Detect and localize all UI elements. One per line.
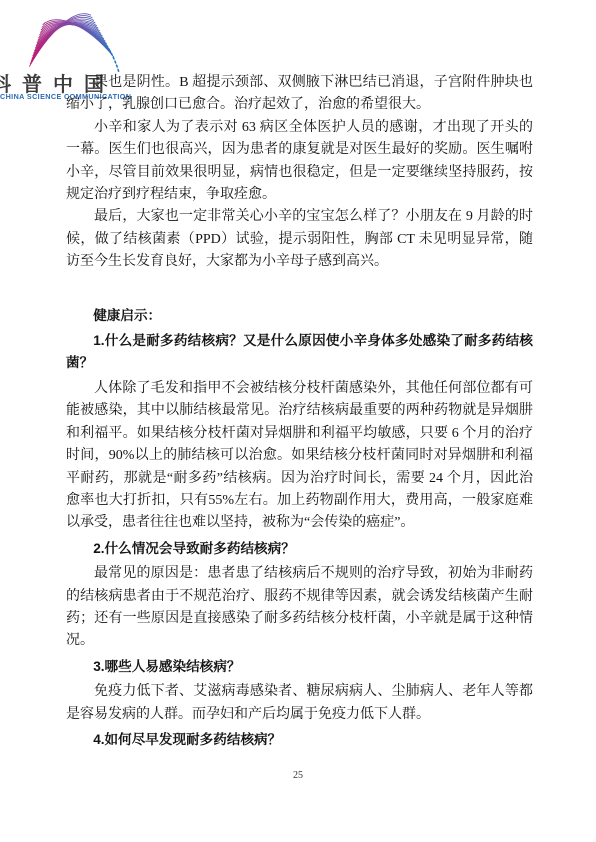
paragraph-answer-2: 最常见的原因是：患者患了结核病后不规则的治疗导致，初始为非耐药的结核病患者由于不… [66, 563, 533, 653]
paragraph-continuation: 果也是阴性。B 超提示颈部、双侧腋下淋巴结已消退，子宫附件肿块也缩小了，乳腺创口… [66, 72, 533, 117]
section-heading-q3: 3.哪些人易感染结核病？ [66, 656, 533, 678]
paragraph-baby: 最后，大家也一定非常关心小辛的宝宝怎么样了？小朋友在 9 月龄的时候，做了结核菌… [66, 206, 533, 273]
document-body: 果也是阴性。B 超提示颈部、双侧腋下淋巴结已消退，子宫附件肿块也缩小了，乳腺创口… [66, 72, 533, 754]
section-heading-q4: 4.如何尽早发现耐多药结核病？ [66, 729, 533, 751]
section-heading-q2: 2.什么情况会导致耐多药结核病？ [66, 538, 533, 560]
paragraph-answer-1: 人体除了毛发和指甲不会被结核分枝杆菌感染外，其他任何部位都有可能被感染，其中以肺… [66, 378, 533, 535]
section-heading-q1: 1.什么是耐多药结核病？又是什么原因使小辛身体多处感染了耐多药结核菌？ [66, 330, 533, 375]
document-page: 科普中国 CHINA SCIENCE COMMUNICATION 果也是阴性。B… [0, 0, 596, 842]
wave-logo-icon [26, 2, 122, 78]
section-heading-health-tips: 健康启示： [66, 305, 533, 327]
paragraph-answer-3: 免疫力低下者、艾滋病毒感染者、糖尿病病人、尘肺病人、老年人等都是容易发病的人群。… [66, 681, 533, 726]
paragraph-gratitude: 小辛和家人为了表示对 63 病区全体医护人员的感谢，才出现了开头的一幕。医生们也… [66, 117, 533, 207]
page-number: 25 [0, 770, 596, 781]
